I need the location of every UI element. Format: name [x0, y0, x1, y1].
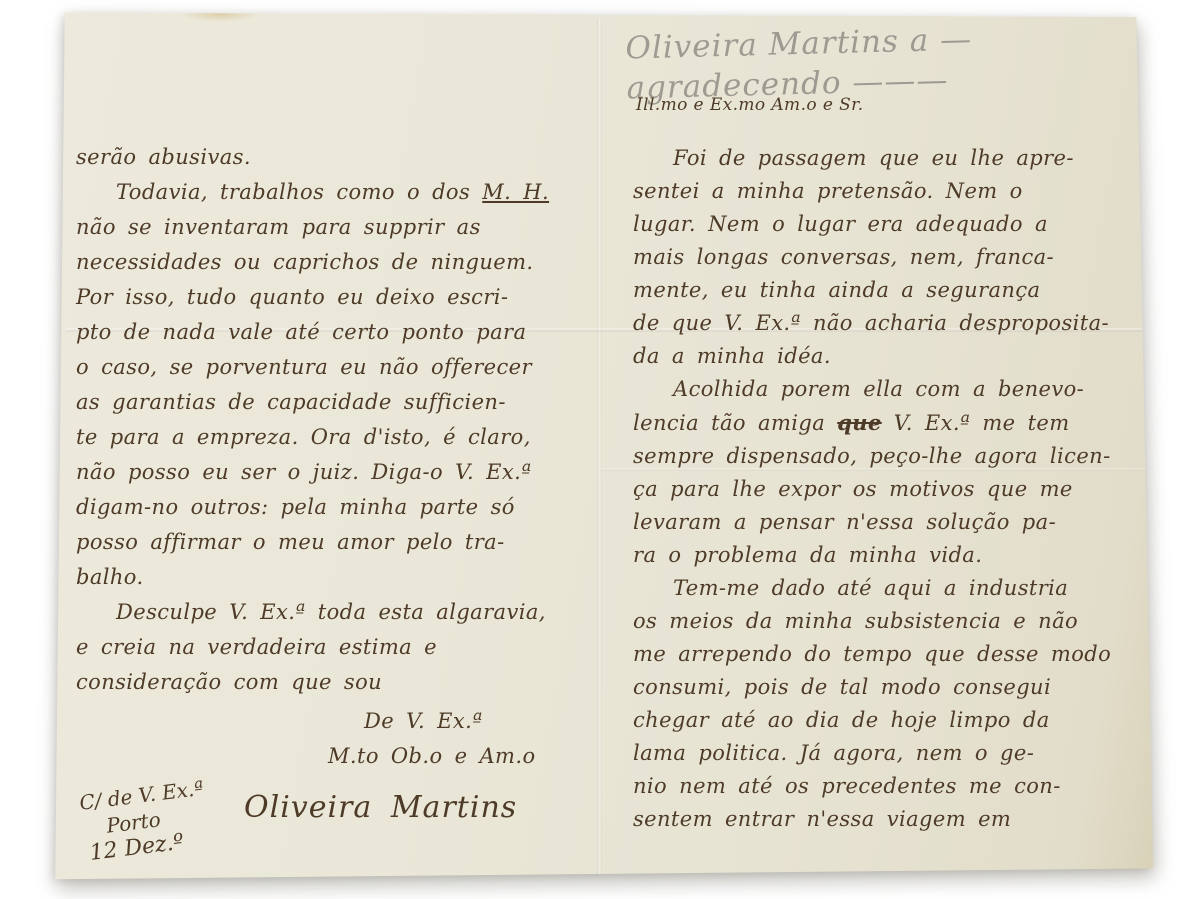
- letter-paper: Oliveira Martins a — agradecendo ——— Ill…: [0, 0, 1200, 899]
- letter-line: lencia tão amiga que V. Ex.ª me tem: [633, 406, 1148, 440]
- letter-line: sentem entrar n'essa viagem em: [633, 803, 1148, 836]
- letter-line: sentei a minha pretensão. Nem o: [633, 175, 1148, 208]
- paper-shadow: Oliveira Martins a — agradecendo ——— Ill…: [0, 0, 1200, 899]
- letter-line: consideração com que sou: [76, 665, 591, 700]
- left-page-body: serão abusivas. Todavia, trabalhos como …: [76, 140, 591, 825]
- letter-line: o caso, se porventura eu não offerecer: [76, 350, 591, 385]
- letter-line: posso affirmar o meu amor pelo tra-: [76, 525, 591, 560]
- letter-line: Por isso, tudo quanto eu deixo escri-: [76, 280, 591, 315]
- letter-line: chegar até ao dia de hoje limpo da: [633, 704, 1148, 737]
- letter-line: não se inventaram para supprir as: [76, 210, 591, 245]
- center-fold-crease: [597, 18, 602, 874]
- salutation: Ill.mo e Ex.mo Am.o e Sr.: [636, 95, 864, 115]
- letter-line: ça para lhe expor os motivos que me: [633, 473, 1148, 506]
- letter-line: me arrependo do tempo que desse modo: [633, 638, 1148, 671]
- letter-line: lugar. Nem o lugar era adequado a: [633, 208, 1148, 241]
- letter-line: e creia na verdadeira estima e: [76, 630, 591, 665]
- closing-formula: M.to Ob.o e Am.o: [76, 739, 591, 774]
- letter-line: mente, eu tinha ainda a segurança: [633, 274, 1148, 307]
- letter-line: nio nem até os precedentes me con-: [633, 770, 1148, 803]
- letter-line: digam-no outros: pela minha parte só: [76, 490, 591, 525]
- letter-line: te para a empreza. Ora d'isto, é claro,: [76, 420, 591, 455]
- letter-line-text: lencia tão amiga: [633, 411, 837, 435]
- closing-formula: De V. Ex.ª: [76, 704, 591, 739]
- letter-line: serão abusivas.: [76, 140, 591, 175]
- right-page-body: Foi de passagem que eu lhe apre- sentei …: [633, 142, 1148, 836]
- letter-line: as garantias de capacidade sufficien-: [76, 385, 591, 420]
- letter-line: de que V. Ex.ª não acharia desproposita-: [633, 307, 1148, 340]
- letter-line: Todavia, trabalhos como o dos M. H.: [76, 175, 591, 210]
- letter-line: balho.: [76, 560, 591, 595]
- letter-line: Foi de passagem que eu lhe apre-: [633, 142, 1148, 175]
- letter-line: da a minha idéa.: [633, 340, 1148, 373]
- letter-line: levaram a pensar n'essa solução pa-: [633, 506, 1148, 539]
- letter-line: pto de nada vale até certo ponto para: [76, 315, 591, 350]
- letter-line: Desculpe V. Ex.ª toda esta algaravia,: [76, 595, 591, 630]
- letter-line: ra o problema da minha vida.: [633, 539, 1148, 572]
- letter-line: lama politica. Já agora, nem o ge-: [633, 737, 1148, 770]
- letter-line: consumi, pois de tal modo consegui: [633, 671, 1148, 704]
- letter-line: necessidades ou caprichos de ninguem.: [76, 245, 591, 280]
- letter-line-text: V. Ex.ª me tem: [882, 411, 1070, 435]
- letter-line: não posso eu ser o juiz. Diga-o V. Ex.ª: [76, 455, 591, 490]
- crossed-out-word: que: [837, 410, 882, 435]
- letter-line: sempre dispensado, peço-lhe agora licen-: [633, 440, 1148, 473]
- photo-scene: Oliveira Martins a — agradecendo ——— Ill…: [0, 0, 1200, 899]
- letter-line-text: Todavia, trabalhos como o dos: [116, 180, 482, 204]
- letter-line: Acolhida porem ella com a benevo-: [633, 373, 1148, 406]
- letter-line: mais longas conversas, nem, franca-: [633, 241, 1148, 274]
- letter-line: os meios da minha subsistencia e não: [633, 605, 1148, 638]
- place-date-note: C/ de V. Ex.ª Porto 12 Dez.º: [78, 775, 211, 868]
- paper-stain: [180, 6, 260, 22]
- letter-line: Tem-me dado até aqui a industria: [633, 572, 1148, 605]
- underlined-initials: M. H.: [482, 180, 549, 204]
